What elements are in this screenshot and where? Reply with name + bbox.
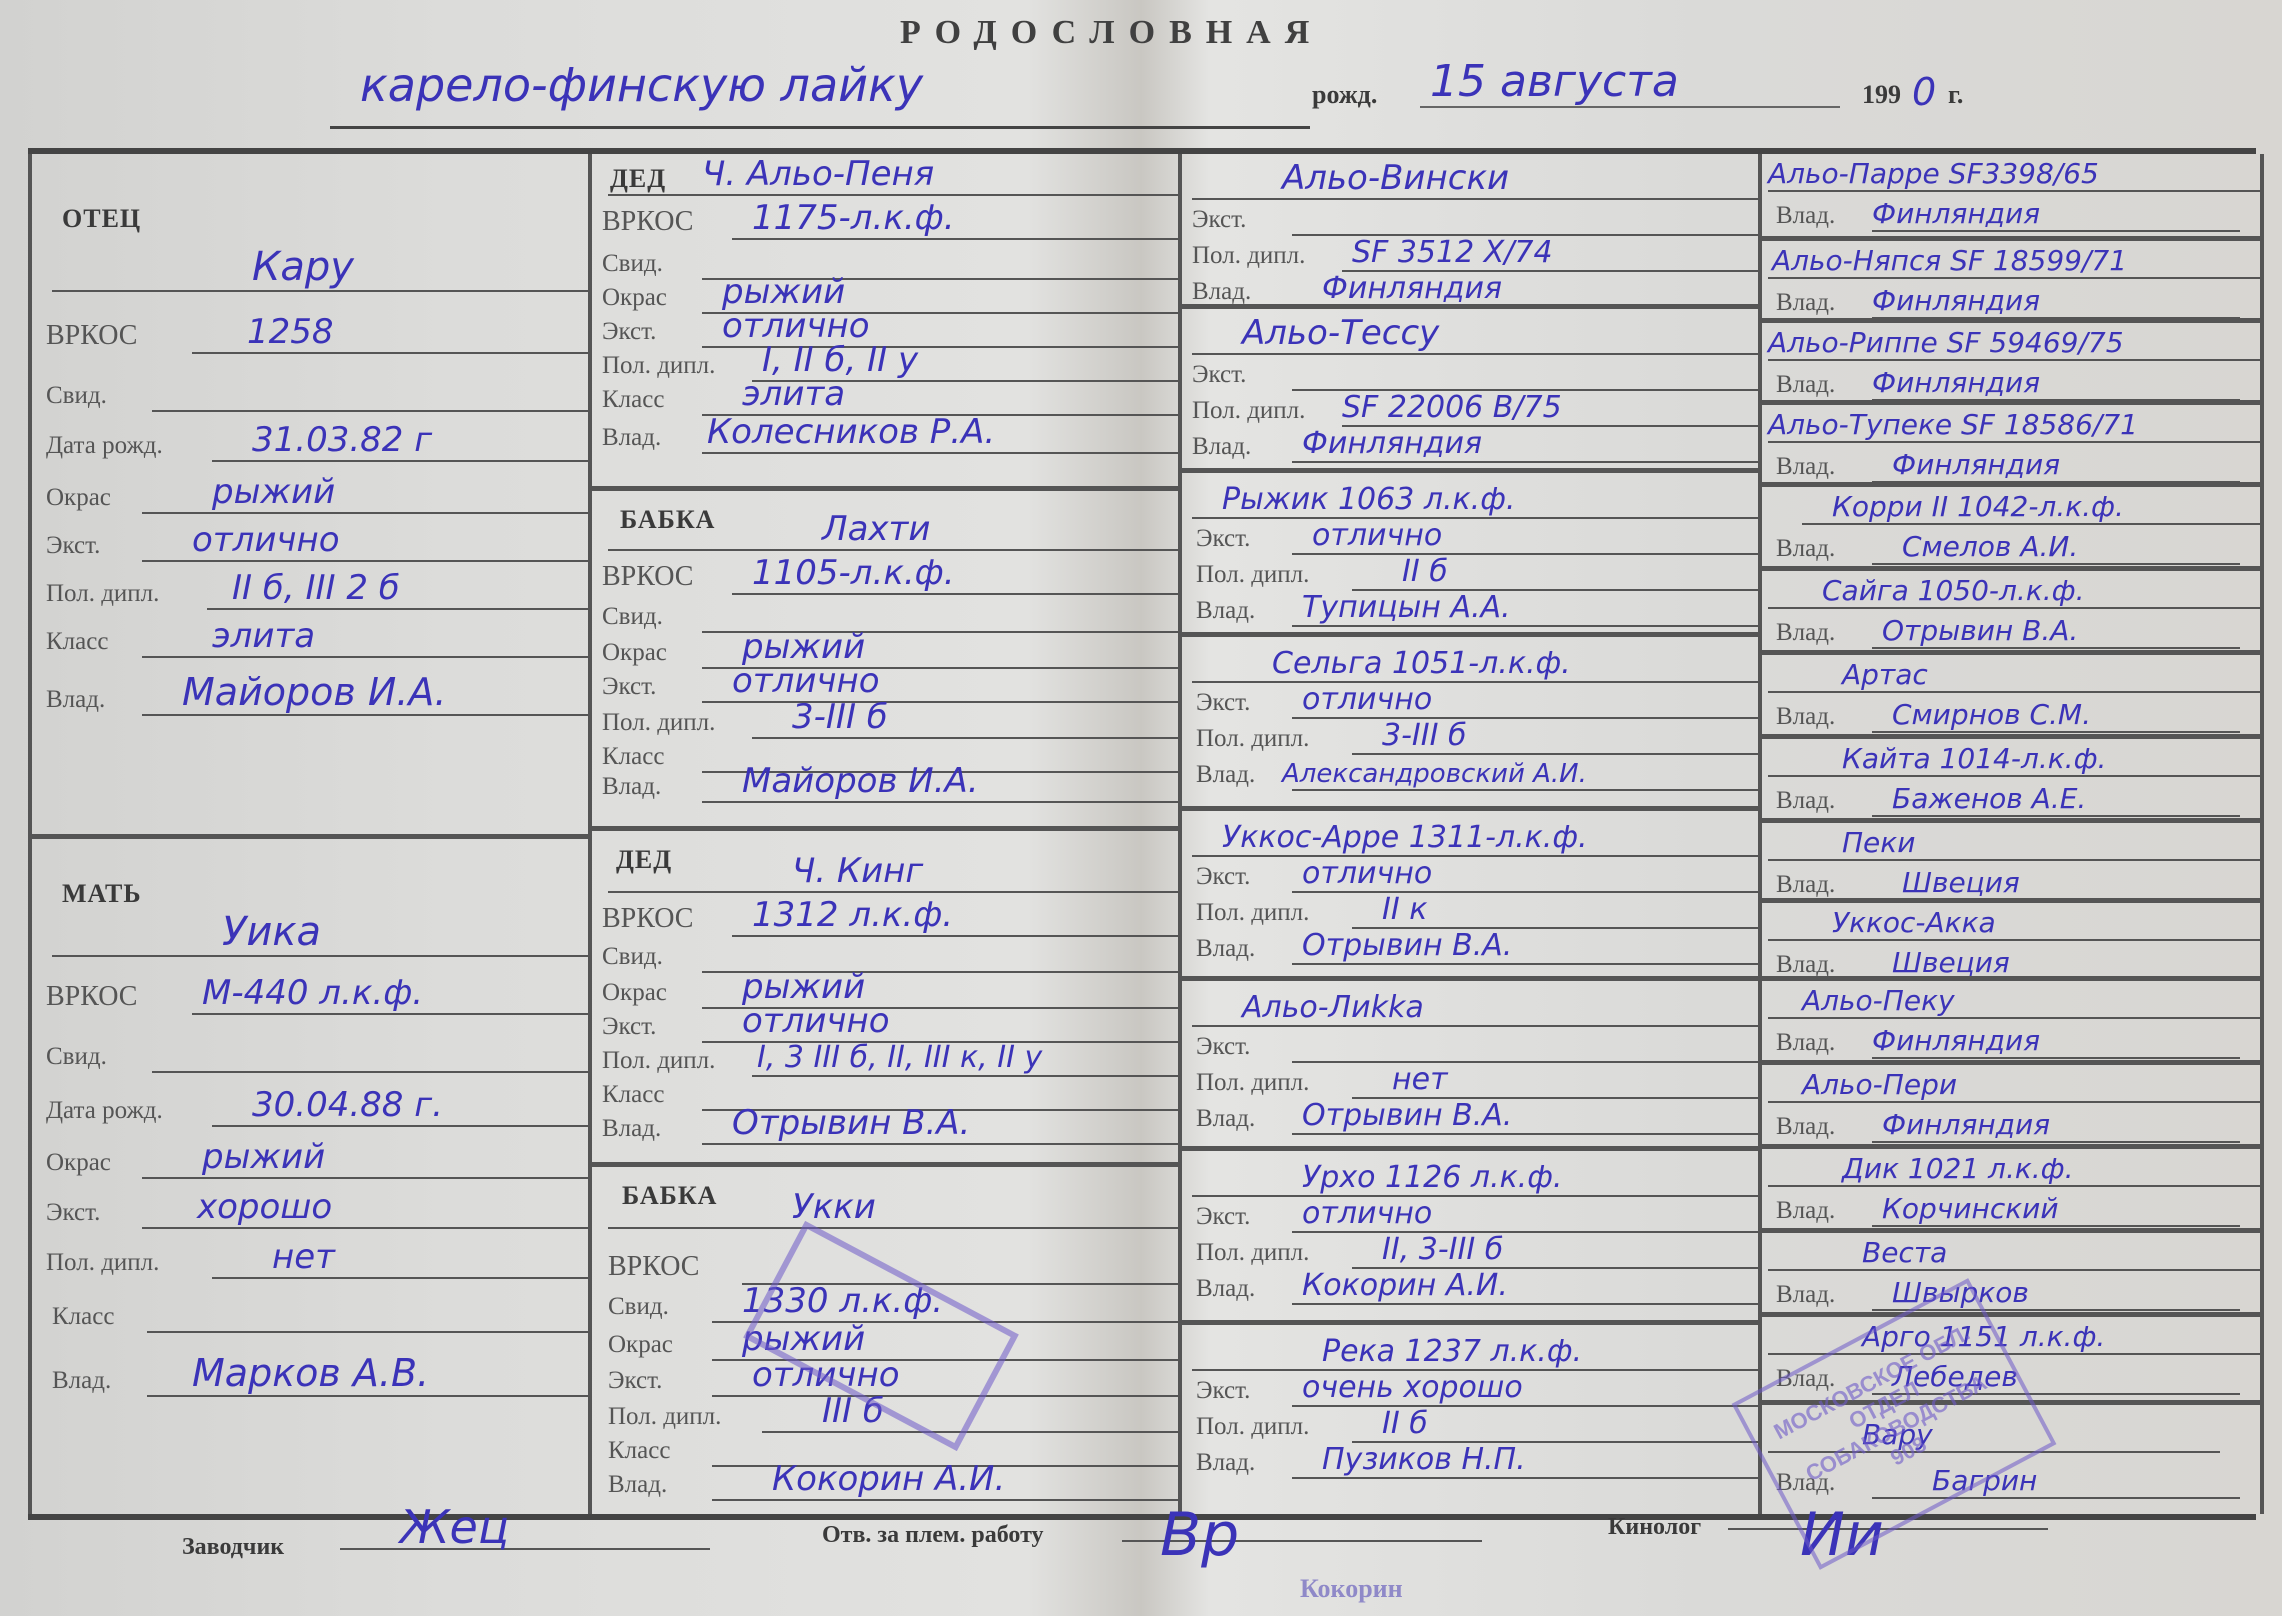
year-digit: 0: [1912, 70, 1936, 114]
mother-class-row: Класс: [32, 1295, 592, 1335]
ggp-block: ВестаВлад.Швырков: [1762, 1228, 2260, 1317]
mother-dob-row: Дата рожд. 30.04.88 г.: [32, 1089, 592, 1129]
ggp-block: Альо-ПериВлад.Финляндия: [1762, 1060, 2260, 1149]
great-grandparent-block: Урхо 1126 л.к.ф. Экст.отлично Пол. дипл.…: [1182, 1146, 1762, 1319]
ggp-block: Сайга 1050-л.к.ф.Влад.Отрывин В.А.: [1762, 566, 2260, 655]
father-vrkos: 1258: [247, 312, 334, 352]
father-dob: 31.03.82 г: [252, 420, 432, 460]
great-grandparents-column: Альо-Вински Экст. Пол. дипл.SF 3512 X/74…: [1178, 154, 1762, 1514]
father-label: ОТЕЦ: [62, 204, 141, 234]
father-vrkos-row: ВРКОС 1258: [32, 316, 592, 356]
ggp-block: Уккос-АккаВлад.Швеция: [1762, 898, 2260, 987]
ggp-block: Альо-ПекуВлад.Финляндия: [1762, 976, 2260, 1065]
mother-diploma-row: Пол. дипл. нет: [32, 1241, 592, 1281]
ggp-block: Кайта 1014-л.к.ф.Влад.Баженов А.Е.: [1762, 734, 2260, 823]
ggp-block: Альо-Парре SF3398/65Влад.Финляндия: [1762, 154, 2260, 238]
mother-block: МАТЬ Уика ВРКОС М-440 л.к.ф. Свид. Дата …: [32, 834, 592, 1509]
mother-vrkos: М-440 л.к.ф.: [202, 973, 423, 1013]
grandparent-name: Ч. Кинг: [792, 851, 923, 891]
mother-dob: 30.04.88 г.: [252, 1085, 443, 1125]
grandparent-block: БАБКА Лахти ВРКОС1105-л.к.ф. Свид. Окрас…: [592, 486, 1182, 831]
mother-name: Уика: [222, 909, 321, 955]
ggp-block: Альо-Няпся SF 18599/71Влад.Финляндия: [1762, 236, 2260, 325]
mother-owner: Марков А.В.: [192, 1351, 429, 1395]
ggp-block: Корри II 1042-л.к.ф.Влад.Смелов А.И.: [1762, 482, 2260, 571]
ggp-block: Альо-Тупеке SF 18586/71Влад.Финляндия: [1762, 400, 2260, 489]
born-value: 15 августа: [1430, 56, 1679, 107]
grandparent-name: Лахти: [822, 509, 930, 549]
father-name: Кару: [252, 244, 354, 290]
great-grandparent-block: Уккос-Арре 1311-л.к.ф. Экст.отлично Пол.…: [1182, 806, 1762, 979]
father-owner: Майоров И.А.: [182, 670, 446, 714]
pedigree-document: РОДОСЛОВНАЯ карело-финскую лайку рожд. 1…: [0, 0, 2282, 1616]
responsible-label: Отв. за плем. работу: [822, 1522, 1044, 1549]
ggp-block: АртасВлад.Смирнов С.М.: [1762, 650, 2260, 739]
breeder-label: Заводчик: [182, 1534, 284, 1561]
father-dob-row: Дата рожд. 31.03.82 г: [32, 424, 592, 464]
father-name-row: Кару: [32, 234, 592, 294]
responsible-signature: Вр: [1160, 1500, 1239, 1570]
father-diploma-row: Пол. дипл. II б, III 2 б: [32, 572, 592, 612]
grandparent-block: ДЕД Ч. Альо-Пеня ВРКОС1175-л.к.ф. Свид. …: [592, 154, 1182, 494]
father-block: ОТЕЦ Кару ВРКОС 1258 Свид. Дата рожд.: [32, 154, 592, 824]
great-grandparent-block: Альо-Тессу Экст. Пол. дипл.SF 22006 B/75…: [1182, 304, 1762, 477]
ggp-block: Дик 1021 л.к.ф.Влад.Корчинский: [1762, 1144, 2260, 1233]
parents-column: ОТЕЦ Кару ВРКОС 1258 Свид. Дата рожд.: [28, 154, 592, 1514]
father-class-row: Класс элита: [32, 620, 592, 660]
born-label: рожд.: [1312, 80, 1377, 110]
mother-name-row: Уика: [32, 899, 592, 959]
mother-vrkos-row: ВРКОС М-440 л.к.ф.: [32, 977, 592, 1017]
father-diploma: II б, III 2 б: [232, 568, 400, 608]
ggp-block: Альо-Риппе SF 59469/75Влад.Финляндия: [1762, 318, 2260, 407]
mother-ext-row: Экст. хорошо: [32, 1191, 592, 1231]
mother-svid-row: Свид.: [32, 1035, 592, 1075]
mother-diploma: нет: [272, 1237, 335, 1277]
mother-color-row: Окрас рыжий: [32, 1141, 592, 1181]
cynologist-label: Кинолог: [1608, 1514, 1701, 1541]
great-great-grandparents-column: Альо-Парре SF3398/65Влад.Финляндия Альо-…: [1758, 154, 2264, 1514]
mother-color: рыжий: [202, 1137, 325, 1177]
mother-ext: хорошо: [197, 1187, 332, 1227]
ggp-block: ПекиВлад.Швеция: [1762, 818, 2260, 907]
grandparent-name: Ч. Альо-Пеня: [702, 154, 934, 194]
responsible-name-stamp: Кокорин: [1300, 1574, 1403, 1604]
father-svid-row: Свид.: [32, 374, 592, 414]
great-grandparent-block: Река 1237 л.к.ф. Экст.очень хорошо Пол. …: [1182, 1320, 1762, 1513]
breeder-signature: Жец: [400, 1500, 509, 1554]
great-grandparent-block: Альо-Вински Экст. Пол. дипл.SF 3512 X/74…: [1182, 154, 1762, 322]
father-ext: отлично: [192, 520, 340, 560]
year-suffix: г.: [1948, 80, 1963, 110]
father-owner-row: Влад. Майоров И.А.: [32, 668, 592, 718]
father-ext-row: Экст. отлично: [32, 524, 592, 564]
breed-value: карело-финскую лайку: [360, 58, 923, 112]
breeder-line: [340, 1548, 710, 1550]
father-color: рыжий: [212, 472, 335, 512]
grandparent-block: ДЕД Ч. Кинг ВРКОС1312 л.к.ф. Свид. Окрас…: [592, 826, 1182, 1171]
year-prefix: 199: [1862, 80, 1901, 110]
mother-owner-row: Влад. Марков А.В.: [32, 1349, 592, 1399]
father-class: элита: [212, 616, 315, 656]
great-grandparent-block: Сельга 1051-л.к.ф. Экст.отлично Пол. дип…: [1182, 632, 1762, 805]
great-grandparent-block: Альо-Лиkkа Экст. Пол. дипл.нет Влад.Отры…: [1182, 976, 1762, 1149]
great-grandparent-block: Рыжик 1063 л.к.ф. Экст.отлично Пол. дипл…: [1182, 468, 1762, 641]
father-color-row: Окрас рыжий: [32, 476, 592, 516]
document-title: РОДОСЛОВНАЯ: [900, 14, 1323, 52]
